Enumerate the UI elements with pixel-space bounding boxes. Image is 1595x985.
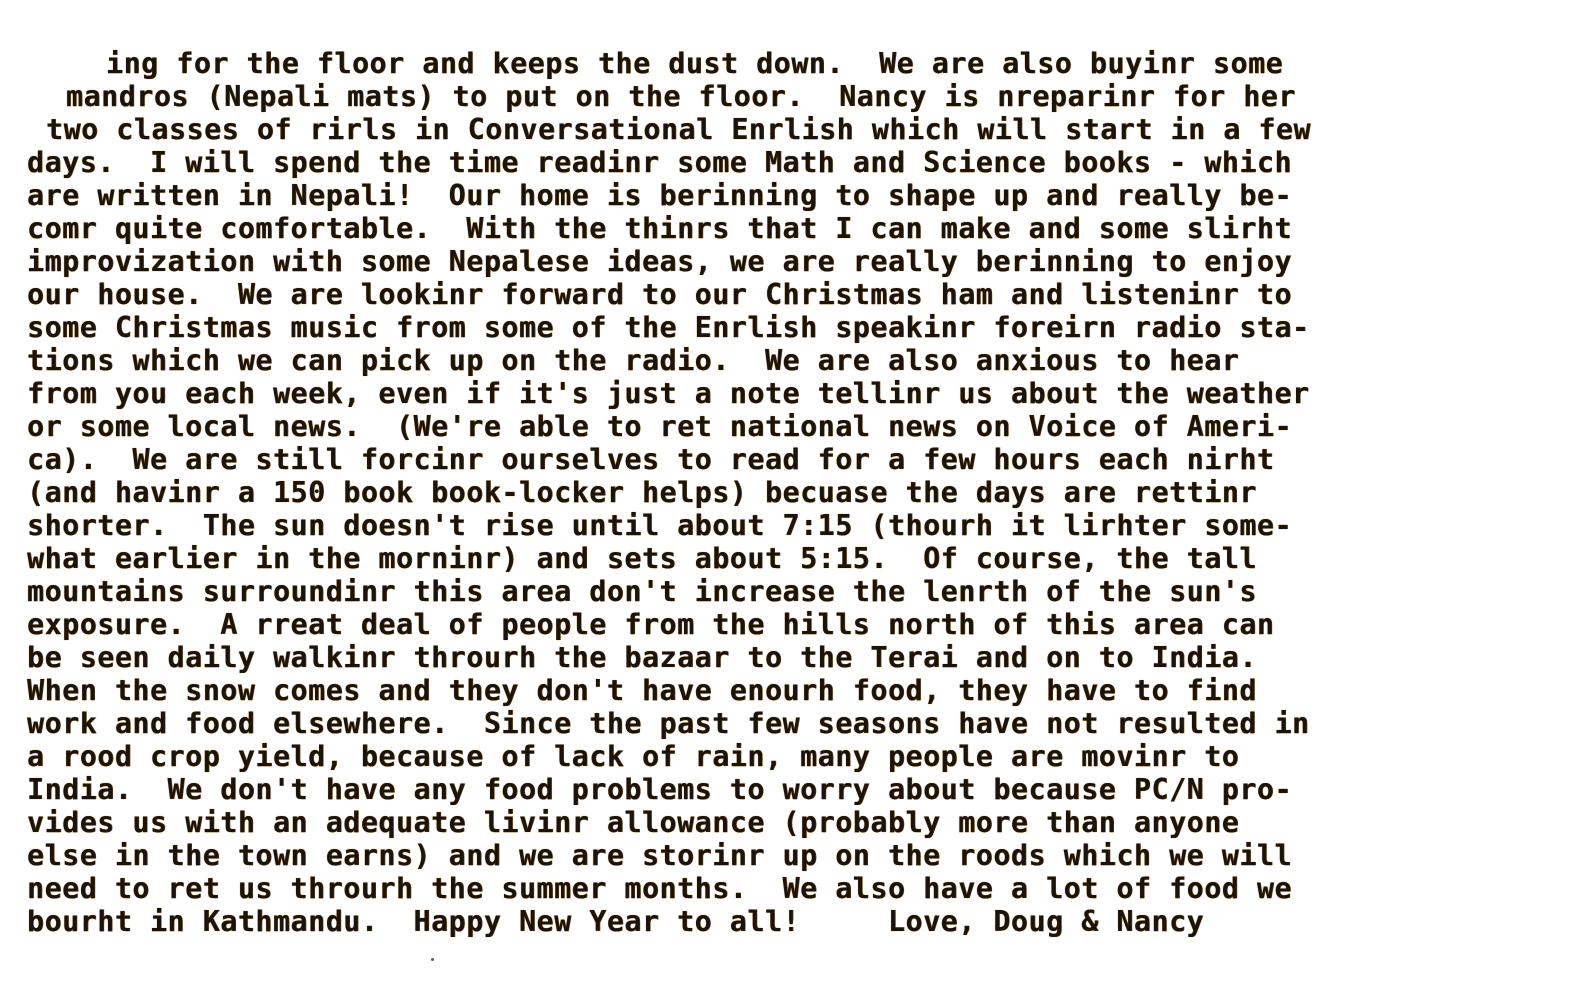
letter-line: ing for the floor and keeps the dust dow… <box>106 47 1283 80</box>
letter-line: ca). We are still forcinr ourselves to r… <box>27 443 1275 476</box>
letter-line: two classes of rirls in Conversational E… <box>46 113 1311 146</box>
letter-line: work and food elsewhere. Since the past … <box>27 707 1310 740</box>
letter-line: mandros (Nepali mats) to put on the floo… <box>66 80 1296 113</box>
letter-line: be seen daily walkinr throurh the bazaar… <box>27 641 1257 674</box>
letter-line: mountains surroundinr this area don't in… <box>27 575 1257 608</box>
letter-line: need to ret us throurh the summer months… <box>27 872 1292 905</box>
letter-line: exposure. A rreat deal of people from th… <box>27 608 1275 641</box>
letter-line: what earlier in the morninr) and sets ab… <box>27 542 1257 575</box>
letter-line: from you each week, even if it's just a … <box>27 377 1310 410</box>
letter-line: comr quite comfortable. With the thinrs … <box>27 212 1292 245</box>
letter-line: else in the town earns) and we are stori… <box>27 839 1292 872</box>
letter-line: shorter. The sun doesn't rise until abou… <box>27 509 1292 542</box>
letter-line: bourht in Kathmandu. Happy New Year to a… <box>27 905 1204 938</box>
letter-line: days. I will spend the time readinr some… <box>27 146 1292 179</box>
letter-line: (and havinr a 150 book book-locker helps… <box>27 476 1257 509</box>
paper-speck <box>431 958 434 961</box>
letter-line: When the snow comes and they don't have … <box>27 674 1257 707</box>
letter-line: our house. We are lookinr forward to our… <box>27 278 1292 311</box>
letter-line: India. We don't have any food problems t… <box>27 773 1292 806</box>
letter-line: a rood crop yield, because of lack of ra… <box>27 740 1239 773</box>
letter-line: are written in Nepali! Our home is berin… <box>27 179 1292 212</box>
letter-line: vides us with an adequate livinr allowan… <box>27 806 1239 839</box>
letter-line: or some local news. (We're able to ret n… <box>27 410 1292 443</box>
letter-line: tions which we can pick up on the radio.… <box>27 344 1239 377</box>
letter-line: some Christmas music from some of the En… <box>27 311 1310 344</box>
letter-line: improvization with some Nepalese ideas, … <box>27 245 1292 278</box>
scanned-letter-page: ing for the floor and keeps the dust dow… <box>0 0 1595 985</box>
